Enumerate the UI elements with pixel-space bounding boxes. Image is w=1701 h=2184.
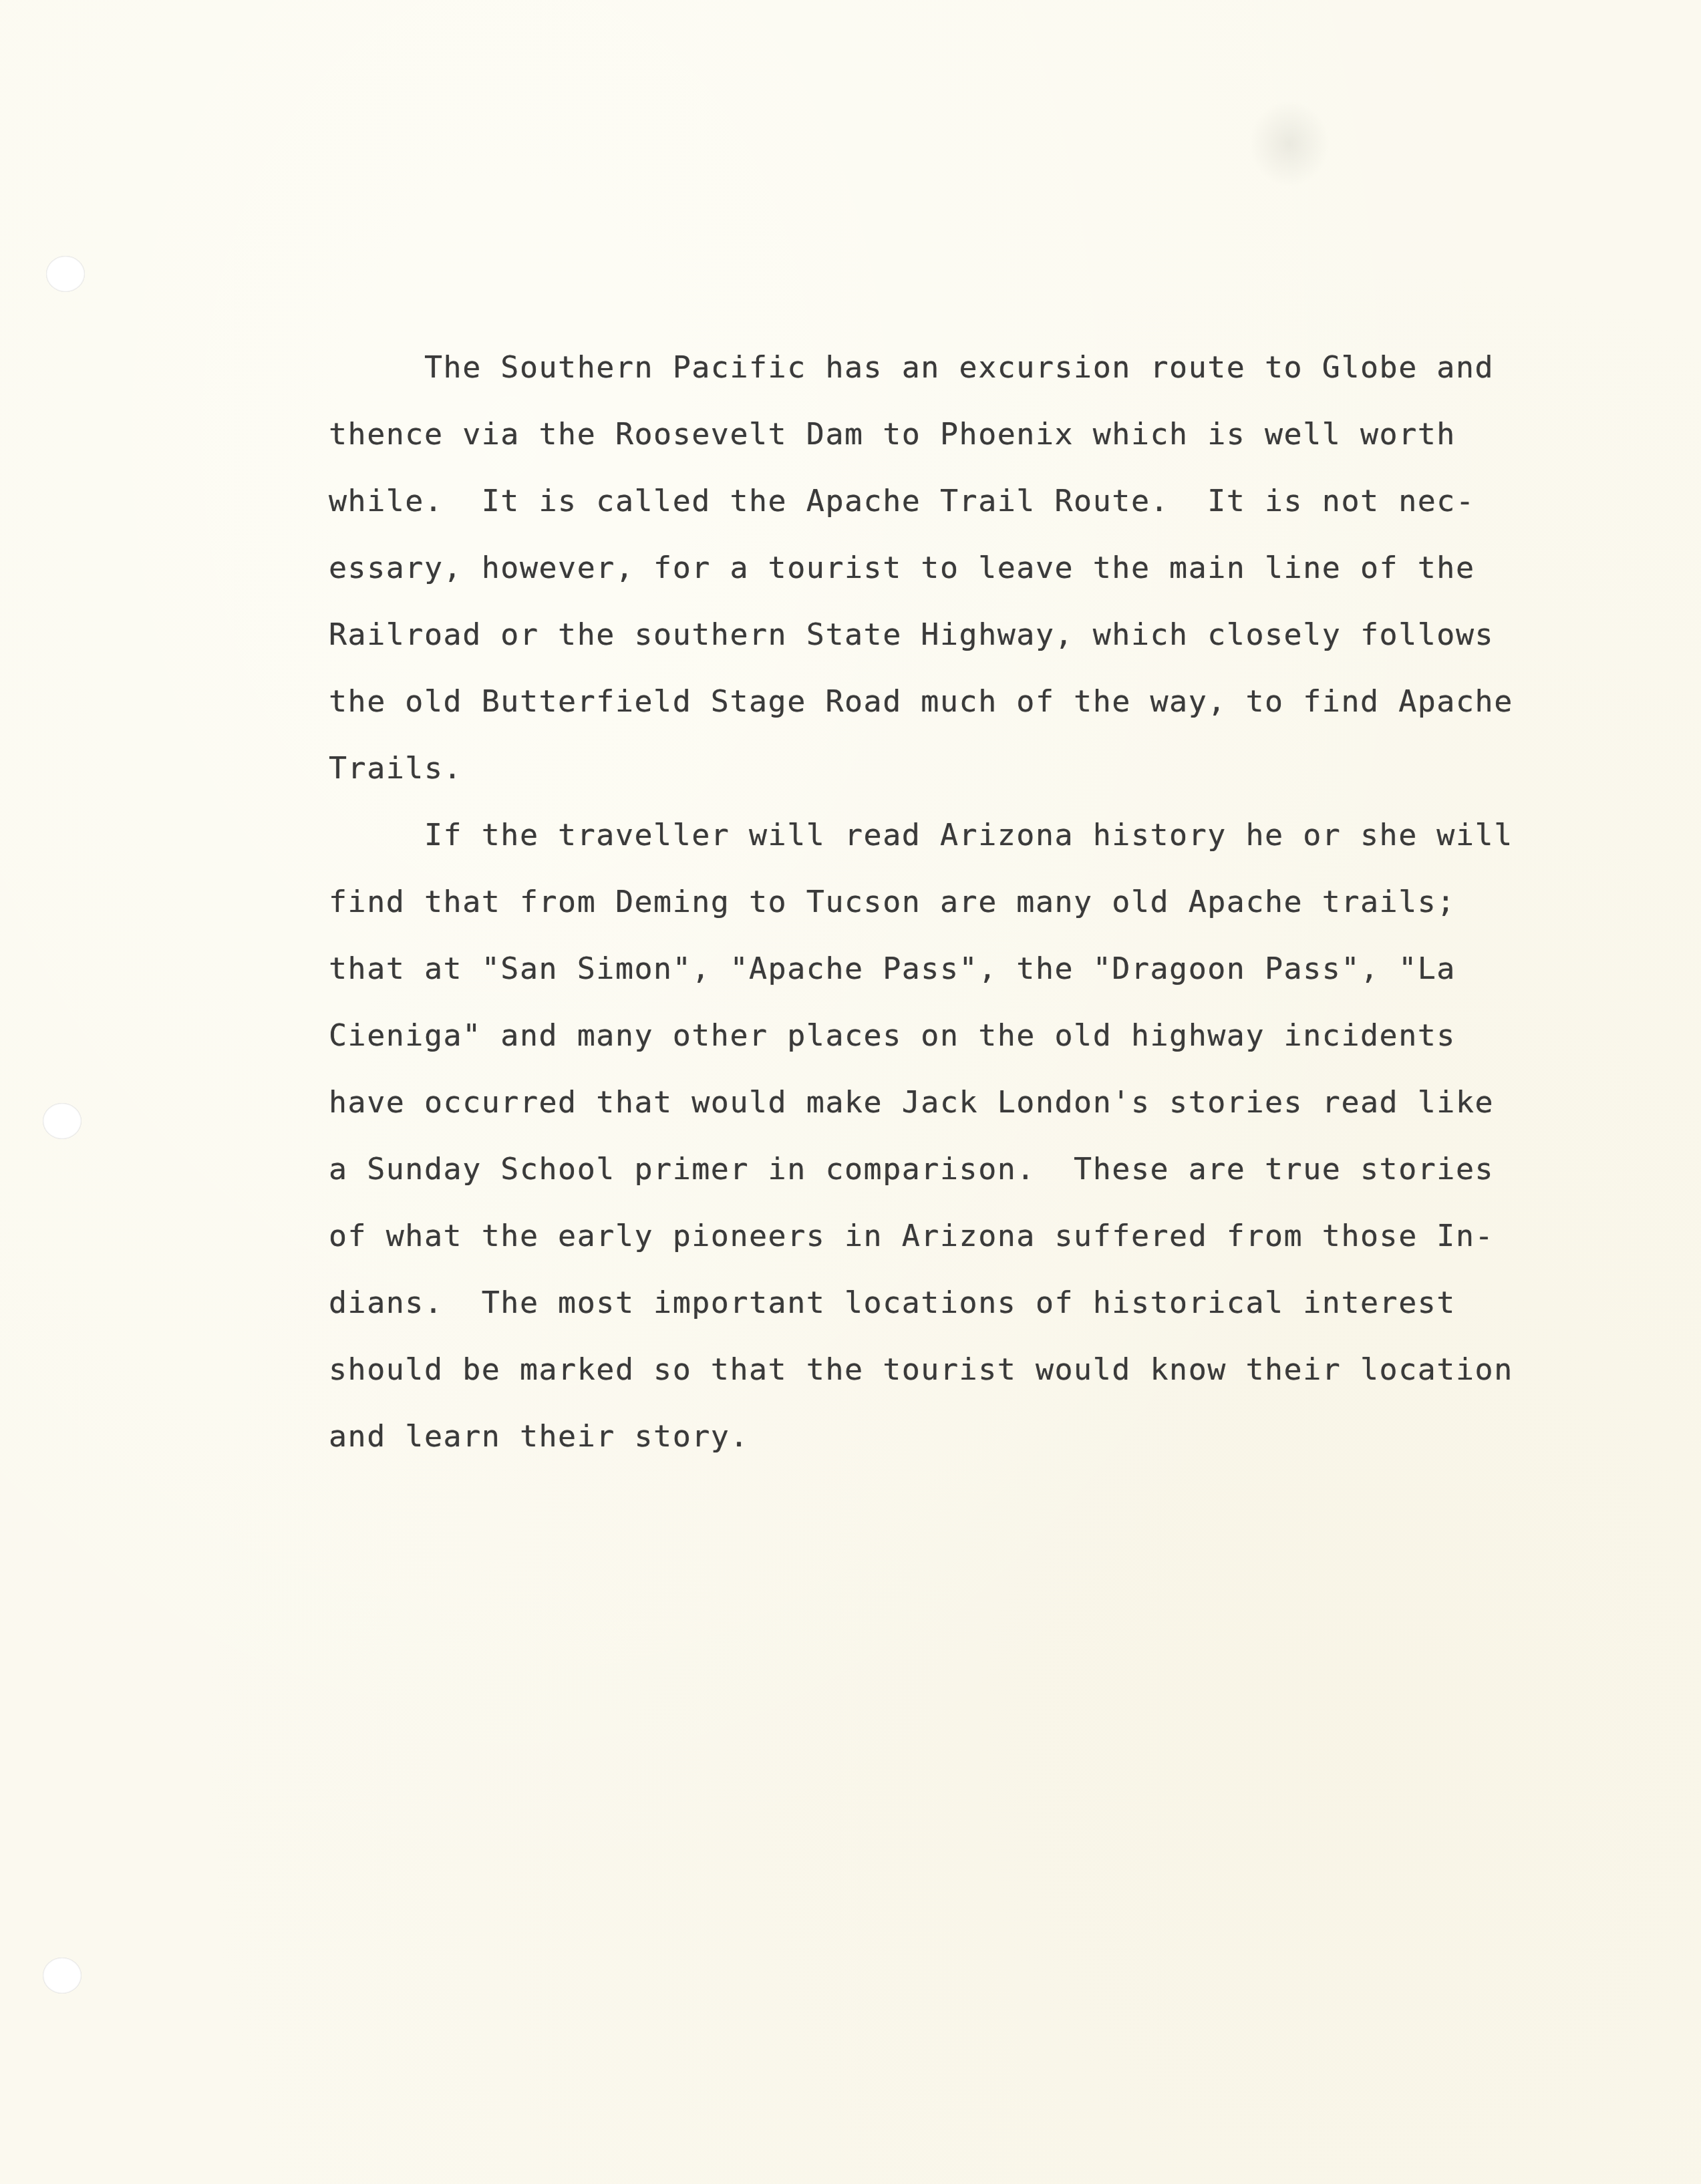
punch-hole (43, 1103, 82, 1139)
text-line: The Southern Pacific has an excursion ro… (329, 341, 1598, 408)
text-line: Railroad or the southern State Highway, … (329, 608, 1598, 675)
text-line: dians. The most important locations of h… (329, 1276, 1598, 1343)
text-line: should be marked so that the tourist wou… (329, 1343, 1598, 1410)
text-line: and learn their story. (329, 1410, 1598, 1476)
paragraph-1: The Southern Pacific has an excursion ro… (329, 341, 1598, 808)
text-line: Trails. (329, 742, 1598, 808)
punch-hole (46, 256, 85, 292)
punch-hole (43, 1958, 82, 1994)
typed-page: The Southern Pacific has an excursion ro… (0, 0, 1701, 2184)
paper-smudge (1249, 100, 1330, 187)
text-line: while. It is called the Apache Trail Rou… (329, 474, 1598, 541)
text-line: find that from Deming to Tucson are many… (329, 875, 1598, 942)
text-line: of what the early pioneers in Arizona su… (329, 1209, 1598, 1276)
text-line: Cieniga" and many other places on the ol… (329, 1009, 1598, 1076)
text-line: that at "San Simon", "Apache Pass", the … (329, 942, 1598, 1009)
text-line: If the traveller will read Arizona histo… (329, 808, 1598, 875)
text-line: have occurred that would make Jack Londo… (329, 1076, 1598, 1142)
text-line: thence via the Roosevelt Dam to Phoenix … (329, 408, 1598, 474)
paragraph-2: If the traveller will read Arizona histo… (329, 808, 1598, 1476)
text-line: a Sunday School primer in comparison. Th… (329, 1142, 1598, 1209)
document-body: The Southern Pacific has an excursion ro… (329, 341, 1598, 1476)
text-line: the old Butterfield Stage Road much of t… (329, 675, 1598, 742)
text-line: essary, however, for a tourist to leave … (329, 541, 1598, 608)
